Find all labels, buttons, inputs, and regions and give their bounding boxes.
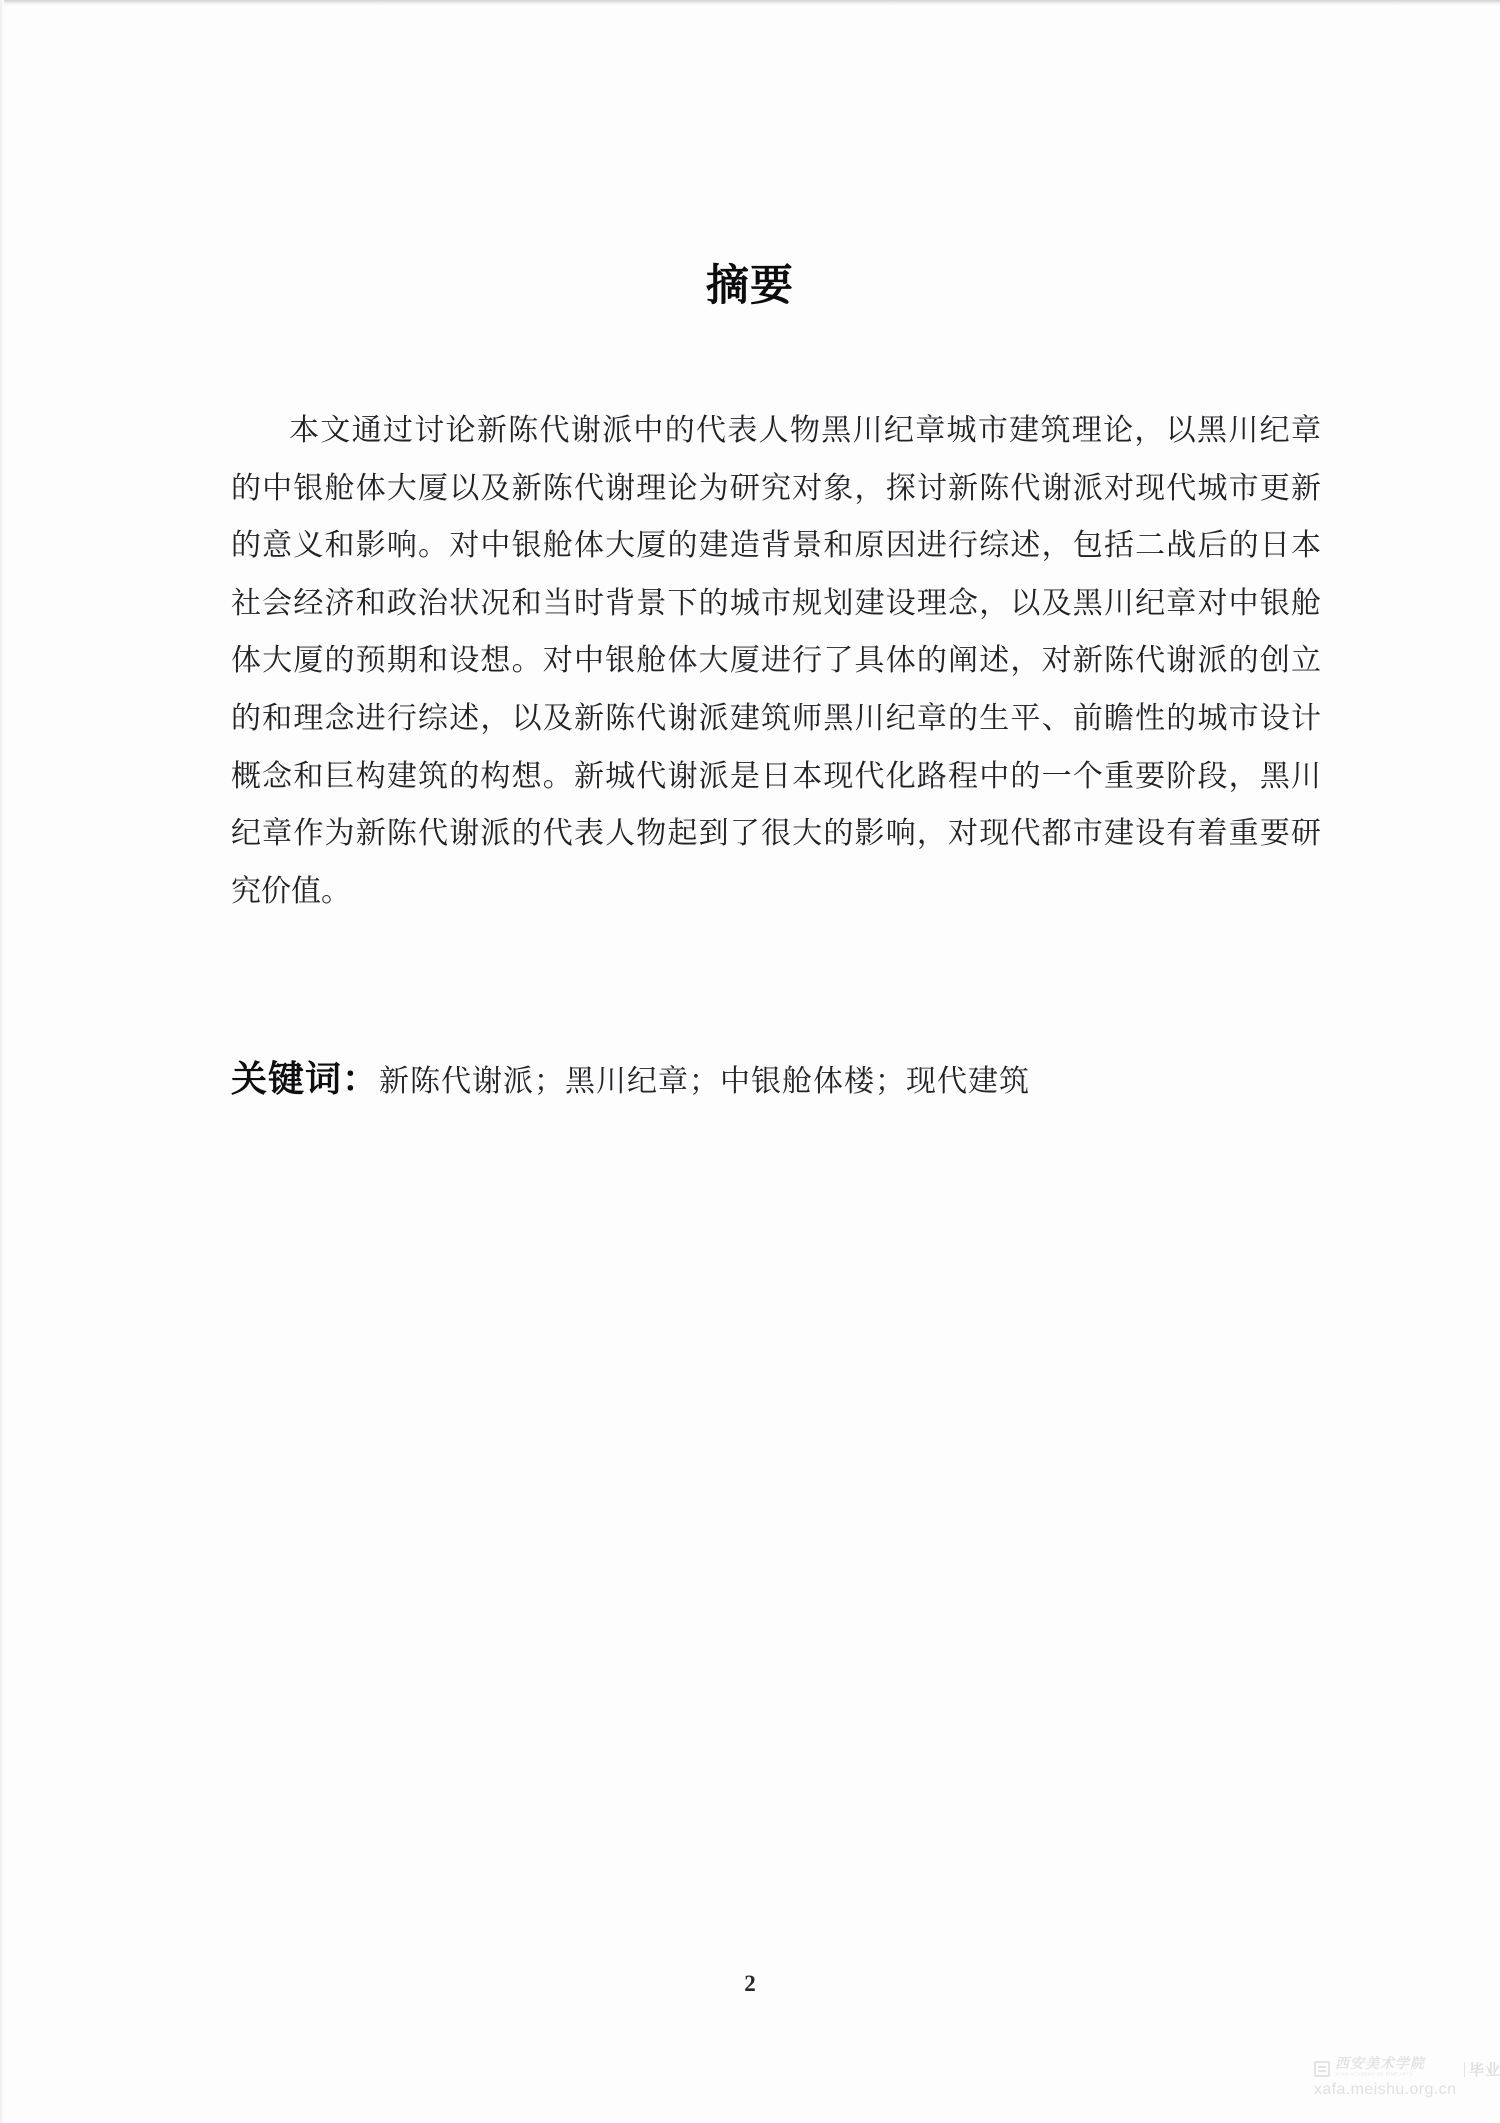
page-title: 摘要 bbox=[0, 252, 1500, 313]
academy-logo-icon bbox=[1314, 2061, 1330, 2077]
abstract-line: 的中银舱体大厦以及新陈代谢理论为研究对象，探讨新陈代谢派对现代城市更新 bbox=[231, 460, 1321, 518]
watermark-top-row: 西安美术学院 XI'AN ACADEMY OF FINE ARTS 毕业展 bbox=[1314, 2058, 1478, 2080]
keywords-label: 关键词： bbox=[231, 1058, 379, 1099]
watermark-url: xafa.meishu.org.cn bbox=[1314, 2081, 1478, 2099]
watermark-org-en: XI'AN ACADEMY OF FINE ARTS bbox=[1335, 2072, 1413, 2077]
abstract-paragraph: 本文通过讨论新陈代谢派中的代表人物黑川纪章城市建筑理论，以黑川纪章 的中银舱体大… bbox=[231, 402, 1321, 920]
abstract-line: 体大厦的预期和设想。对中银舱体大厦进行了具体的阐述，对新陈代谢派的创立 bbox=[231, 632, 1321, 690]
watermark-badge: 毕业展 bbox=[1469, 2059, 1500, 2080]
abstract-line: 的和理念进行综述，以及新陈代谢派建筑师黑川纪章的生平、前瞻性的城市设计 bbox=[231, 690, 1321, 748]
watermark-org: 西安美术学院 XI'AN ACADEMY OF FINE ARTS bbox=[1335, 2058, 1461, 2080]
abstract-line: 概念和巨构建筑的构想。新城代谢派是日本现代化路程中的一个重要阶段，黑川 bbox=[231, 748, 1321, 806]
scan-edge-left bbox=[0, 0, 4, 2123]
watermark-divider bbox=[1464, 2062, 1465, 2077]
abstract-line: 纪章作为新陈代谢派的代表人物起到了很大的影响，对现代都市建设有着重要研 bbox=[231, 805, 1321, 863]
abstract-line: 社会经济和政治状况和当时背景下的城市规划建设理念，以及黑川纪章对中银舱 bbox=[231, 575, 1321, 633]
watermark-org-cn: 西安美术学院 bbox=[1335, 2058, 1461, 2072]
document-page: 摘要 本文通过讨论新陈代谢派中的代表人物黑川纪章城市建筑理论，以黑川纪章 的中银… bbox=[0, 0, 1500, 2123]
abstract-line: 究价值。 bbox=[231, 863, 1321, 921]
scan-edge-top bbox=[0, 0, 1500, 6]
keywords-line: 关键词：新陈代谢派；黑川纪章；中银舱体楼；现代建筑 bbox=[231, 1056, 1321, 1110]
page-number: 2 bbox=[0, 1971, 1500, 1997]
abstract-line: 本文通过讨论新陈代谢派中的代表人物黑川纪章城市建筑理论，以黑川纪章 bbox=[231, 402, 1321, 460]
abstract-line: 的意义和影响。对中银舱体大厦的建造背景和原因进行综述，包括二战后的日本 bbox=[231, 517, 1321, 575]
site-watermark: 西安美术学院 XI'AN ACADEMY OF FINE ARTS 毕业展 xa… bbox=[1314, 2058, 1478, 2099]
keywords-text: 新陈代谢派；黑川纪章；中银舱体楼；现代建筑 bbox=[379, 1065, 1030, 1098]
